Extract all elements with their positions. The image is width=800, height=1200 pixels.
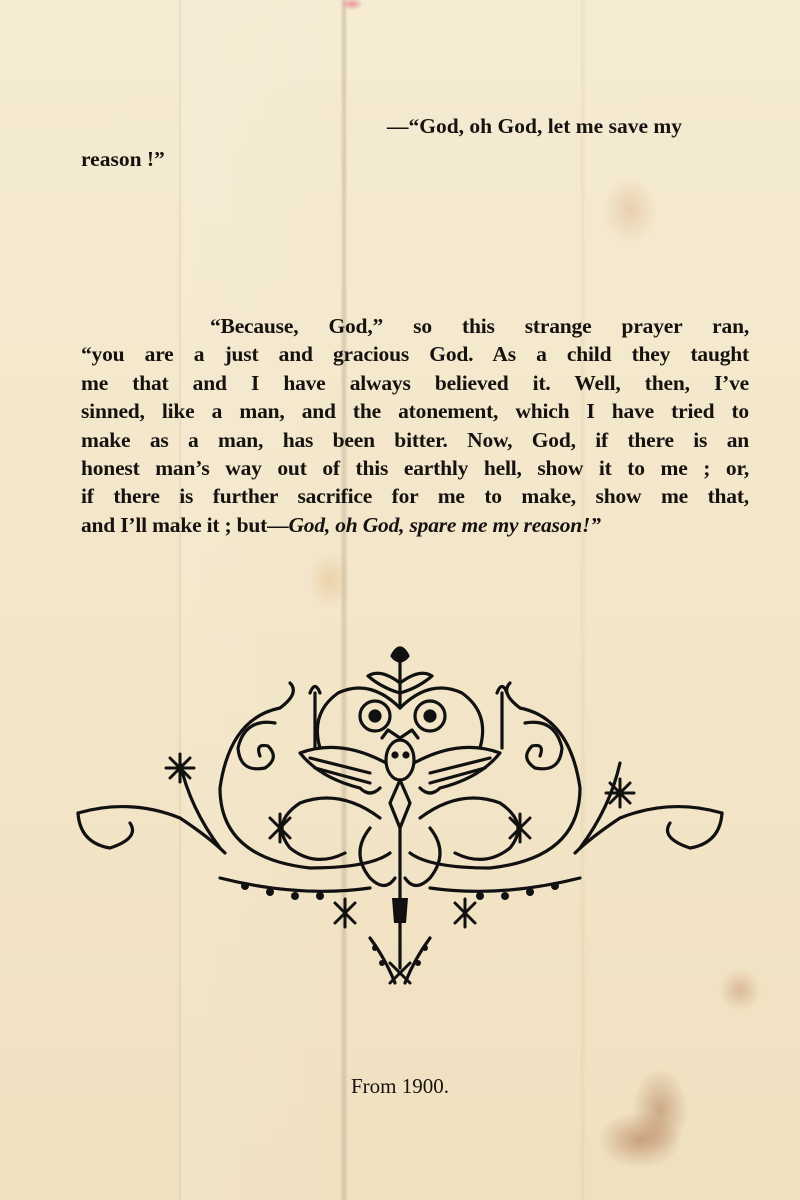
paragraph-line: honest man’s way out of this earthly hel… [81, 454, 749, 482]
prayer-paragraph: “Because, God,” so this strange prayer r… [81, 312, 749, 539]
paragraph-last-line: and I’ll make it ; but—God, oh God, spar… [81, 511, 749, 539]
top-quote: —“God, oh God, let me save my reason !” [81, 110, 749, 176]
paragraph-line: “you are a just and gracious God. As a c… [81, 340, 749, 368]
top-quote-line-2: reason !” [81, 147, 165, 171]
paragraph-line: sinned, like a man, and the atonement, w… [81, 397, 749, 425]
last-line-plain: and I’ll make it ; but— [81, 513, 288, 537]
paragraph-line: “Because, God,” so this strange prayer r… [81, 312, 749, 340]
footer-note: From 1900. [0, 1074, 800, 1099]
top-quote-line-1: —“God, oh God, let me save my [81, 110, 749, 143]
aged-paper-background [0, 0, 800, 1200]
paragraph-line: make as a man, has been bitter. Now, God… [81, 426, 749, 454]
last-line-italic: God, oh God, spare me my reason!” [288, 513, 600, 537]
paragraph-line: if there is further sacrifice for me to … [81, 482, 749, 510]
paragraph-line: me that and I have always believed it. W… [81, 369, 749, 397]
angel-ornament-icon [70, 638, 730, 998]
